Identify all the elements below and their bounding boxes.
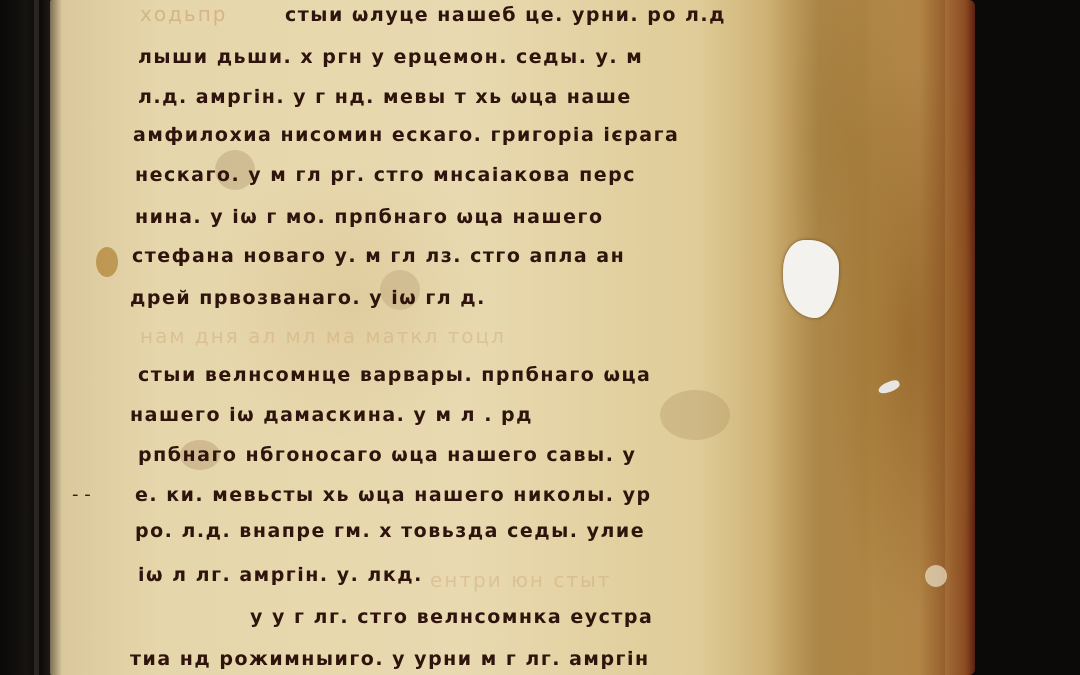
ghost-line: ентри юн стыт	[430, 568, 611, 592]
stain-spot	[660, 390, 730, 440]
text-line-14: іѡ л лг. амргін. у. лкд.	[138, 564, 423, 586]
text-line-5: нескаго. у м гл рг. стго мнсаіакова перс	[135, 164, 636, 186]
text-line-9: стыи велнсомнце варвары. прпбнаго ѡца	[138, 364, 651, 386]
text-line-3: л.д. амргін. у г нд. мевы т хь ѡца наше	[138, 86, 632, 108]
text-line-10: нашего іѡ дамаскина. у м л . рд	[130, 404, 533, 426]
text-line-1: стыи ѡлуце нашеб це. урни. ро л.д	[285, 4, 726, 26]
text-line-13: ро. л.д. внапре гм. х товьзда седы. улие	[135, 520, 645, 542]
water-stain	[765, 0, 945, 675]
ghost-header-text: ходьпр	[140, 2, 227, 26]
text-line-6: нина. у іѡ г мо. прпбнаго ѡца нашего	[135, 206, 604, 228]
ghost-line: нам дня ал мл ма маткл тоцл	[140, 324, 506, 348]
text-line-8: дрей првозванаго. у іѡ гл д.	[130, 287, 486, 309]
text-line-7: стефана новаго у. м гл лз. стго апла ан	[132, 245, 625, 267]
text-line-11: рпбнаго нбгоносаго ѡца нашего савы. у	[138, 444, 636, 466]
text-line-15: у у г лг. стго велнсомнка еустра	[250, 606, 653, 628]
text-line-16: тиа нд рожимныиго. у урни м г лг. амргін	[130, 648, 650, 670]
binding-strip	[34, 0, 39, 675]
stain-spot	[925, 565, 947, 587]
page-edge-shadow	[50, 0, 62, 675]
ink-spot	[96, 247, 118, 277]
text-line-2: лыши дьши. х ргн у ерцемон. седы. у. м	[138, 46, 643, 68]
text-line-4: амфилохиа нисомин ескаго. григоріа ієраг…	[133, 124, 679, 146]
margin-mark: - -	[72, 484, 91, 505]
text-line-12: е. ки. мевьсты хь ѡца нашего николы. ур	[135, 484, 652, 506]
